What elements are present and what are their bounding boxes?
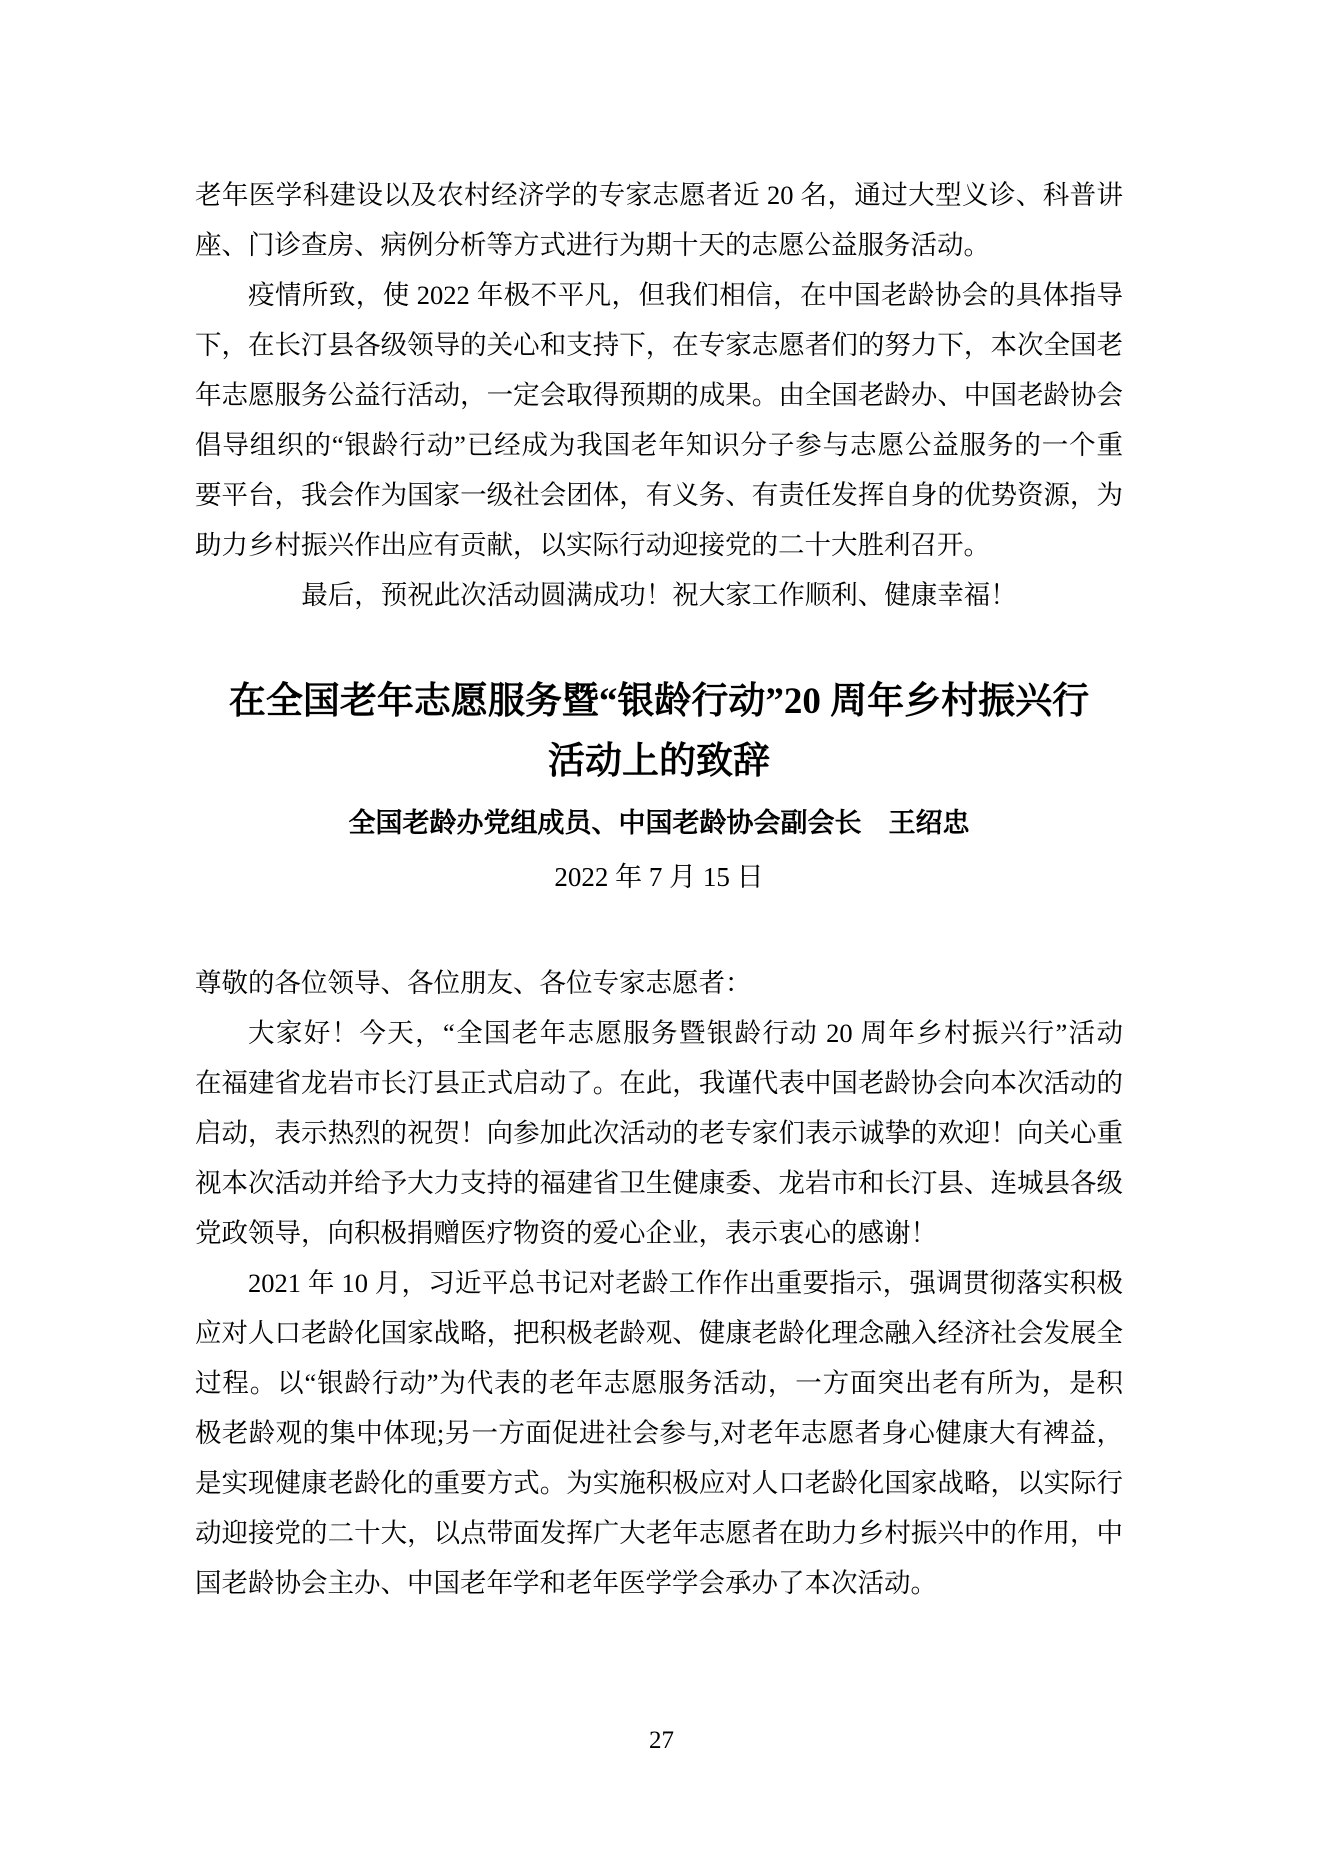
speech-para1-line: 启动，表示热烈的祝贺！向参加此次活动的老专家们表示诚挚的欢迎！向关心重 bbox=[195, 1108, 1123, 1158]
speech-para2-line: 动迎接党的二十大，以点带面发挥广大老年志愿者在助力乡村振兴中的作用，中 bbox=[195, 1508, 1123, 1558]
speech-author: 全国老龄办党组成员、中国老龄协会副会长 王绍忠 bbox=[195, 796, 1123, 850]
speech-para1-line: 党政领导，向积极捐赠医疗物资的爱心企业，表示衷心的感谢！ bbox=[195, 1208, 1123, 1258]
speech-para2-line: 极老龄观的集中体现;另一方面促进社会参与,对老年志愿者身心健康大有裨益， bbox=[195, 1408, 1123, 1458]
page-number: 27 bbox=[0, 1726, 1323, 1756]
speech-date: 2022 年 7 月 15 日 bbox=[195, 850, 1123, 904]
speech-para2-line: 2021 年 10 月，习近平总书记对老龄工作作出重要指示，强调贯彻落实积极 bbox=[195, 1258, 1123, 1308]
speech-para2-line: 国老龄协会主办、中国老年学和老年医学学会承办了本次活动。 bbox=[195, 1558, 1123, 1608]
document-page: 老年医学科建设以及农村经济学的专家志愿者近 20 名，通过大型义诊、科普讲 座、… bbox=[0, 0, 1323, 1871]
document-body: 老年医学科建设以及农村经济学的专家志愿者近 20 名，通过大型义诊、科普讲 座、… bbox=[195, 170, 1123, 1608]
speech-para1-line: 视本次活动并给予大力支持的福建省卫生健康委、龙岩市和长汀县、连城县各级 bbox=[195, 1158, 1123, 1208]
speech-para2-line: 过程。以“银龄行动”为代表的老年志愿服务活动，一方面突出老有所为，是积 bbox=[195, 1358, 1123, 1408]
speech-para1-line: 在福建省龙岩市长汀县正式启动了。在此，我谨代表中国老龄协会向本次活动的 bbox=[195, 1058, 1123, 1108]
closing-para2-line: 倡导组织的“银龄行动”已经成为我国老年知识分子参与志愿公益服务的一个重 bbox=[195, 420, 1123, 470]
speech-para1-line: 大家好！今天，“全国老年志愿服务暨银龄行动 20 周年乡村振兴行”活动 bbox=[195, 1008, 1123, 1058]
speech-title: 在全国老年志愿服务暨“银龄行动”20 周年乡村振兴行 活动上的致辞 bbox=[195, 672, 1123, 792]
speech-para2-line: 应对人口老龄化国家战略，把积极老龄观、健康老龄化理念融入经济社会发展全 bbox=[195, 1308, 1123, 1358]
closing-wish-line: 最后，预祝此次活动圆满成功！祝大家工作顺利、健康幸福！ bbox=[195, 570, 1123, 620]
closing-para1-line: 老年医学科建设以及农村经济学的专家志愿者近 20 名，通过大型义诊、科普讲 bbox=[195, 170, 1123, 220]
speech-salutation: 尊敬的各位领导、各位朋友、各位专家志愿者： bbox=[195, 958, 1123, 1008]
closing-para2-line: 助力乡村振兴作出应有贡献，以实际行动迎接党的二十大胜利召开。 bbox=[195, 520, 1123, 570]
closing-para2-line: 下，在长汀县各级领导的关心和支持下，在专家志愿者们的努力下，本次全国老 bbox=[195, 320, 1123, 370]
closing-para2-line: 要平台，我会作为国家一级社会团体，有义务、有责任发挥自身的优势资源，为 bbox=[195, 470, 1123, 520]
speech-title-line-2: 活动上的致辞 bbox=[195, 732, 1123, 792]
closing-para1-line: 座、门诊查房、病例分析等方式进行为期十天的志愿公益服务活动。 bbox=[195, 220, 1123, 270]
speech-title-line-1: 在全国老年志愿服务暨“银龄行动”20 周年乡村振兴行 bbox=[195, 672, 1123, 732]
speech-para2-line: 是实现健康老龄化的重要方式。为实施积极应对人口老龄化国家战略，以实际行 bbox=[195, 1458, 1123, 1508]
closing-para2-line: 疫情所致，使 2022 年极不平凡，但我们相信，在中国老龄协会的具体指导 bbox=[195, 270, 1123, 320]
closing-para2-line: 年志愿服务公益行活动，一定会取得预期的成果。由全国老龄办、中国老龄协会 bbox=[195, 370, 1123, 420]
